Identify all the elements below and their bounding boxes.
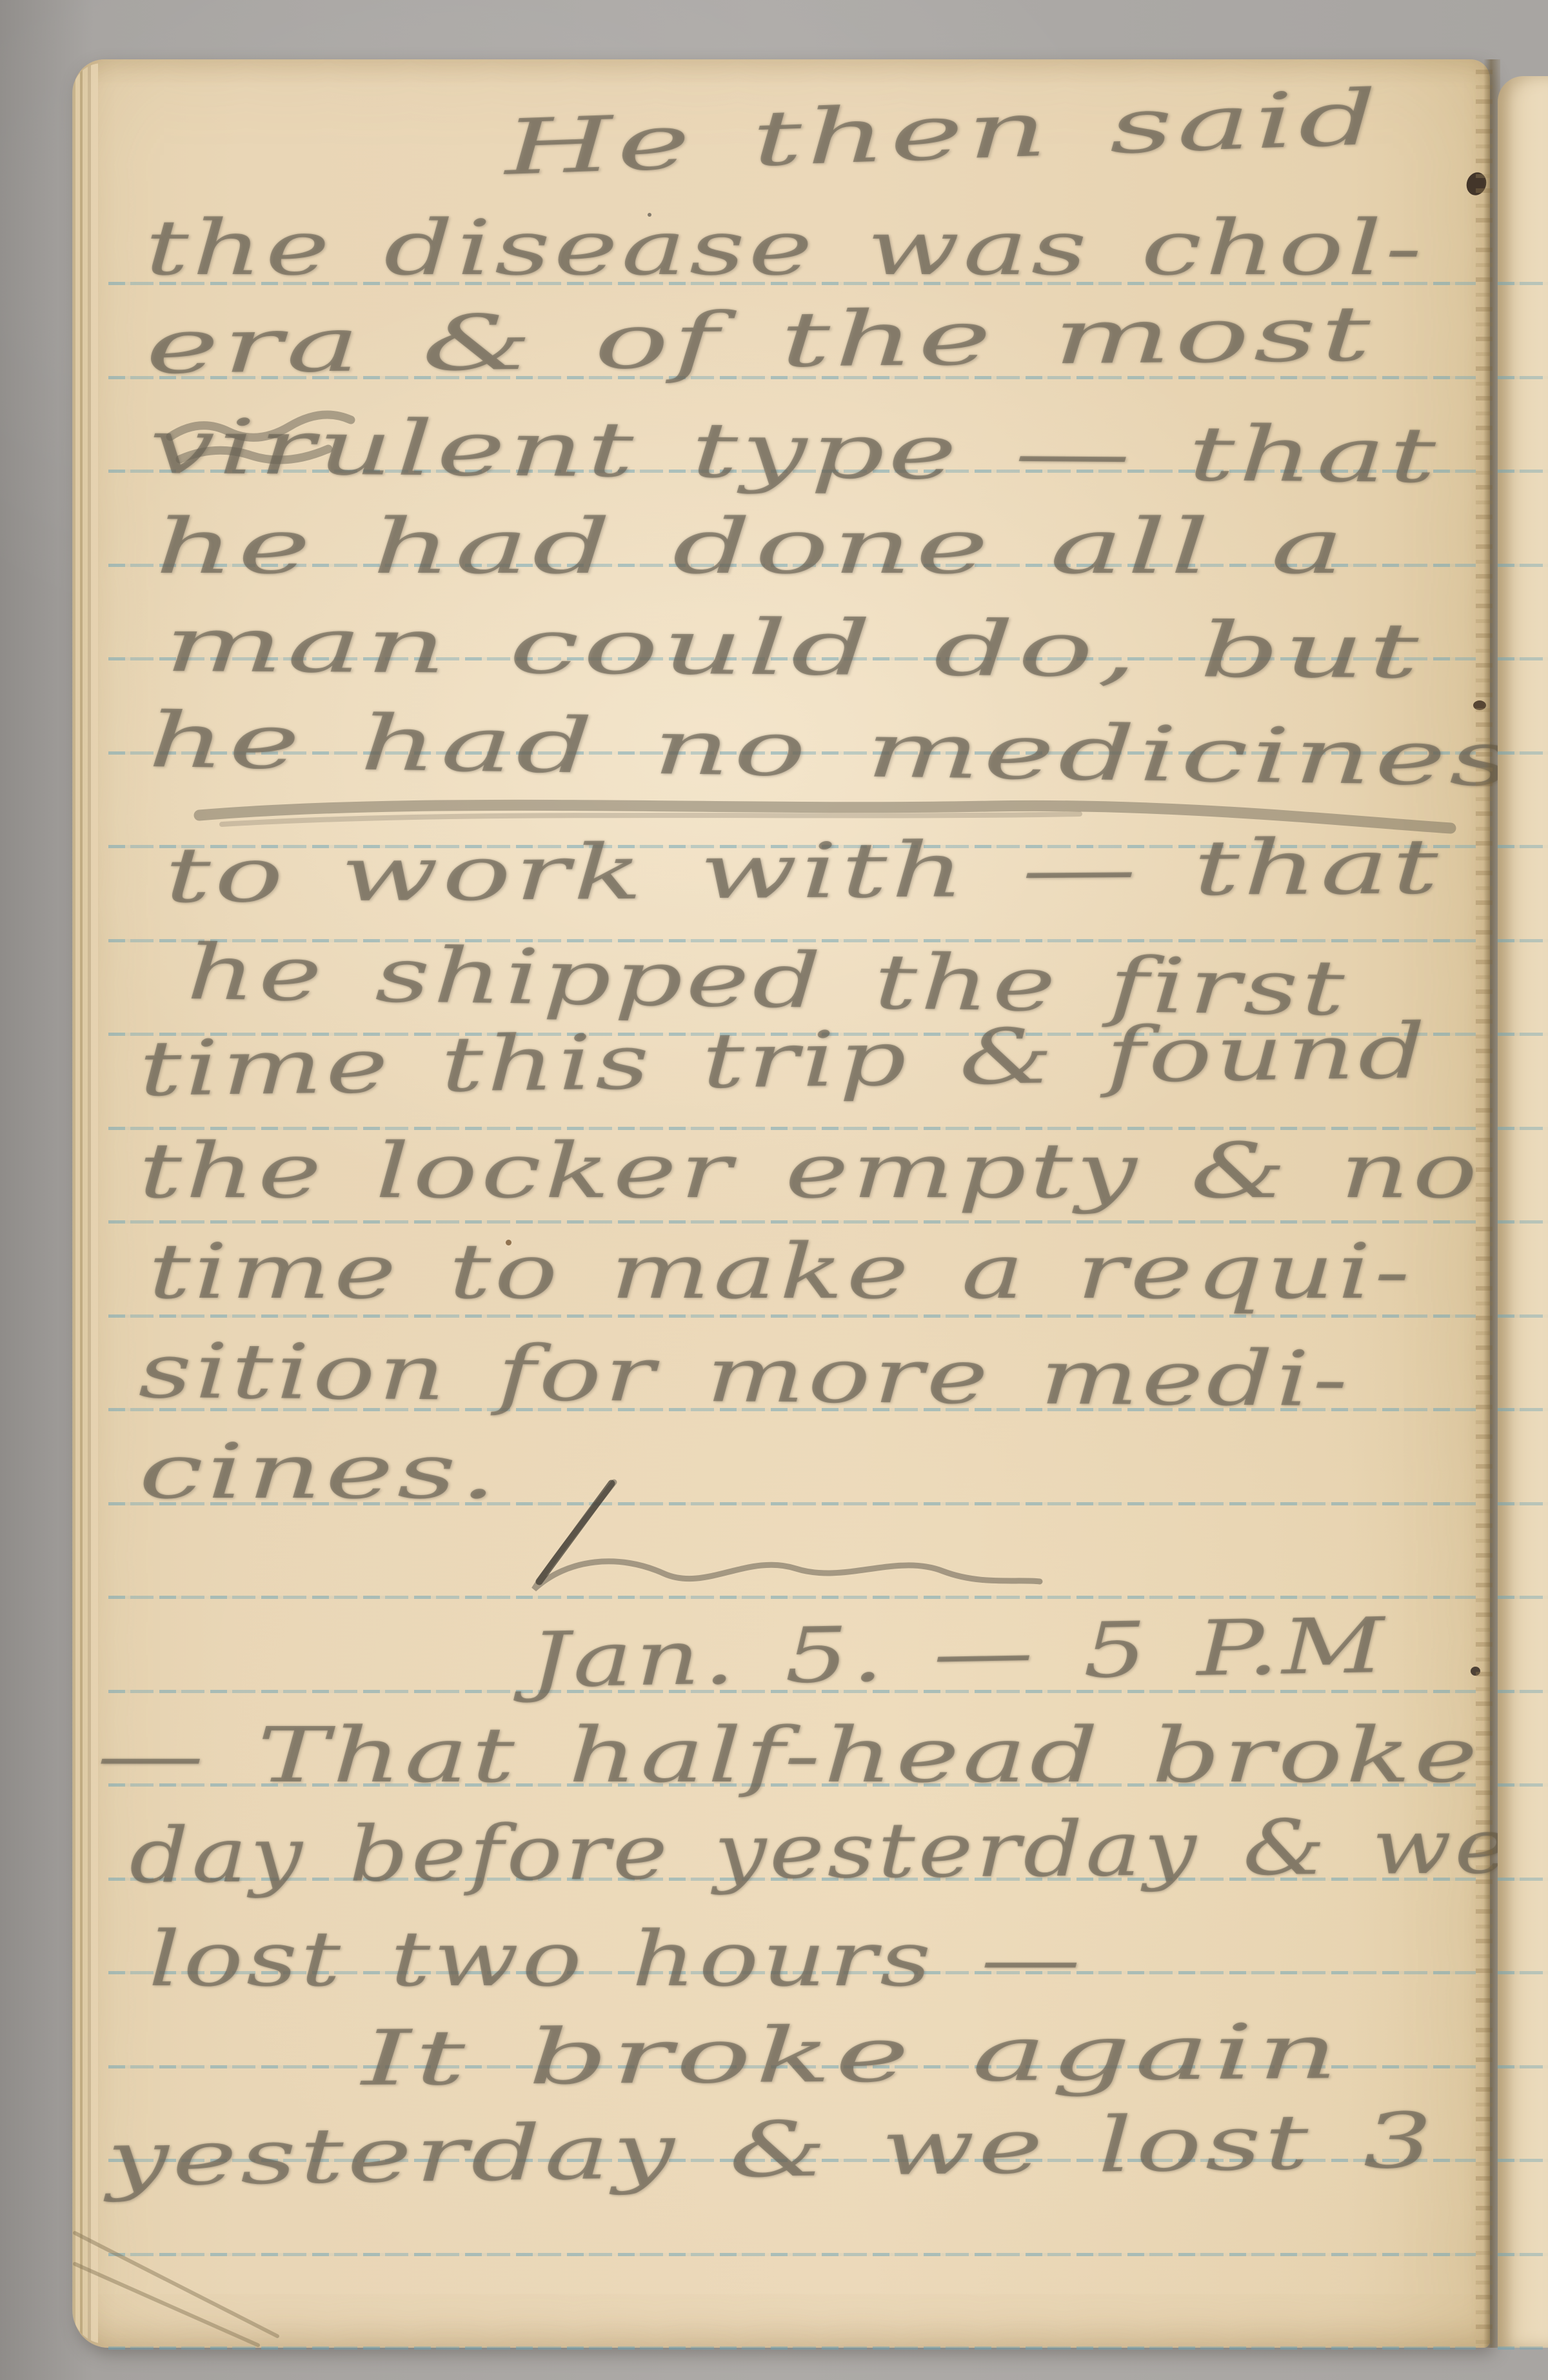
ruled-line bbox=[1498, 845, 1548, 848]
ruled-line bbox=[1498, 470, 1548, 473]
era-underline bbox=[170, 415, 351, 460]
pencil-marks bbox=[74, 59, 1490, 2348]
ruled-line bbox=[1498, 1878, 1548, 1881]
ruled-line bbox=[1498, 1033, 1548, 1036]
ruled-line bbox=[1498, 282, 1548, 285]
ruled-line bbox=[1498, 1971, 1548, 1974]
ruled-line bbox=[1498, 2346, 1548, 2350]
ruled-line bbox=[1498, 1783, 1548, 1787]
ruled-line bbox=[1498, 2159, 1548, 2162]
ruled-line bbox=[1498, 564, 1548, 567]
ruled-line bbox=[1498, 1502, 1548, 1505]
ruled-line bbox=[1498, 1127, 1548, 1130]
ruled-line bbox=[1498, 2065, 1548, 2068]
ruled-line bbox=[1498, 1596, 1548, 1599]
ruled-line bbox=[1498, 751, 1548, 755]
ruled-line bbox=[1498, 1314, 1548, 1318]
ruled-line bbox=[1498, 939, 1548, 942]
flourish-scribble bbox=[534, 1482, 1040, 1589]
ruled-line bbox=[1498, 376, 1548, 379]
ruled-line bbox=[1498, 1408, 1548, 1411]
photo-backdrop: He then saidthe disease was chol-era & o… bbox=[0, 0, 1548, 2380]
ruled-line bbox=[1498, 1220, 1548, 1224]
facing-page-edge bbox=[1498, 76, 1548, 2348]
corner-crease bbox=[75, 2233, 277, 2345]
ruled-line bbox=[1498, 657, 1548, 660]
paper-speck bbox=[506, 1240, 511, 1245]
paper-speck bbox=[648, 213, 651, 217]
ruled-line bbox=[1498, 2253, 1548, 2256]
ruled-line bbox=[1498, 1690, 1548, 1693]
notebook-page: He then saidthe disease was chol-era & o… bbox=[74, 59, 1490, 2348]
